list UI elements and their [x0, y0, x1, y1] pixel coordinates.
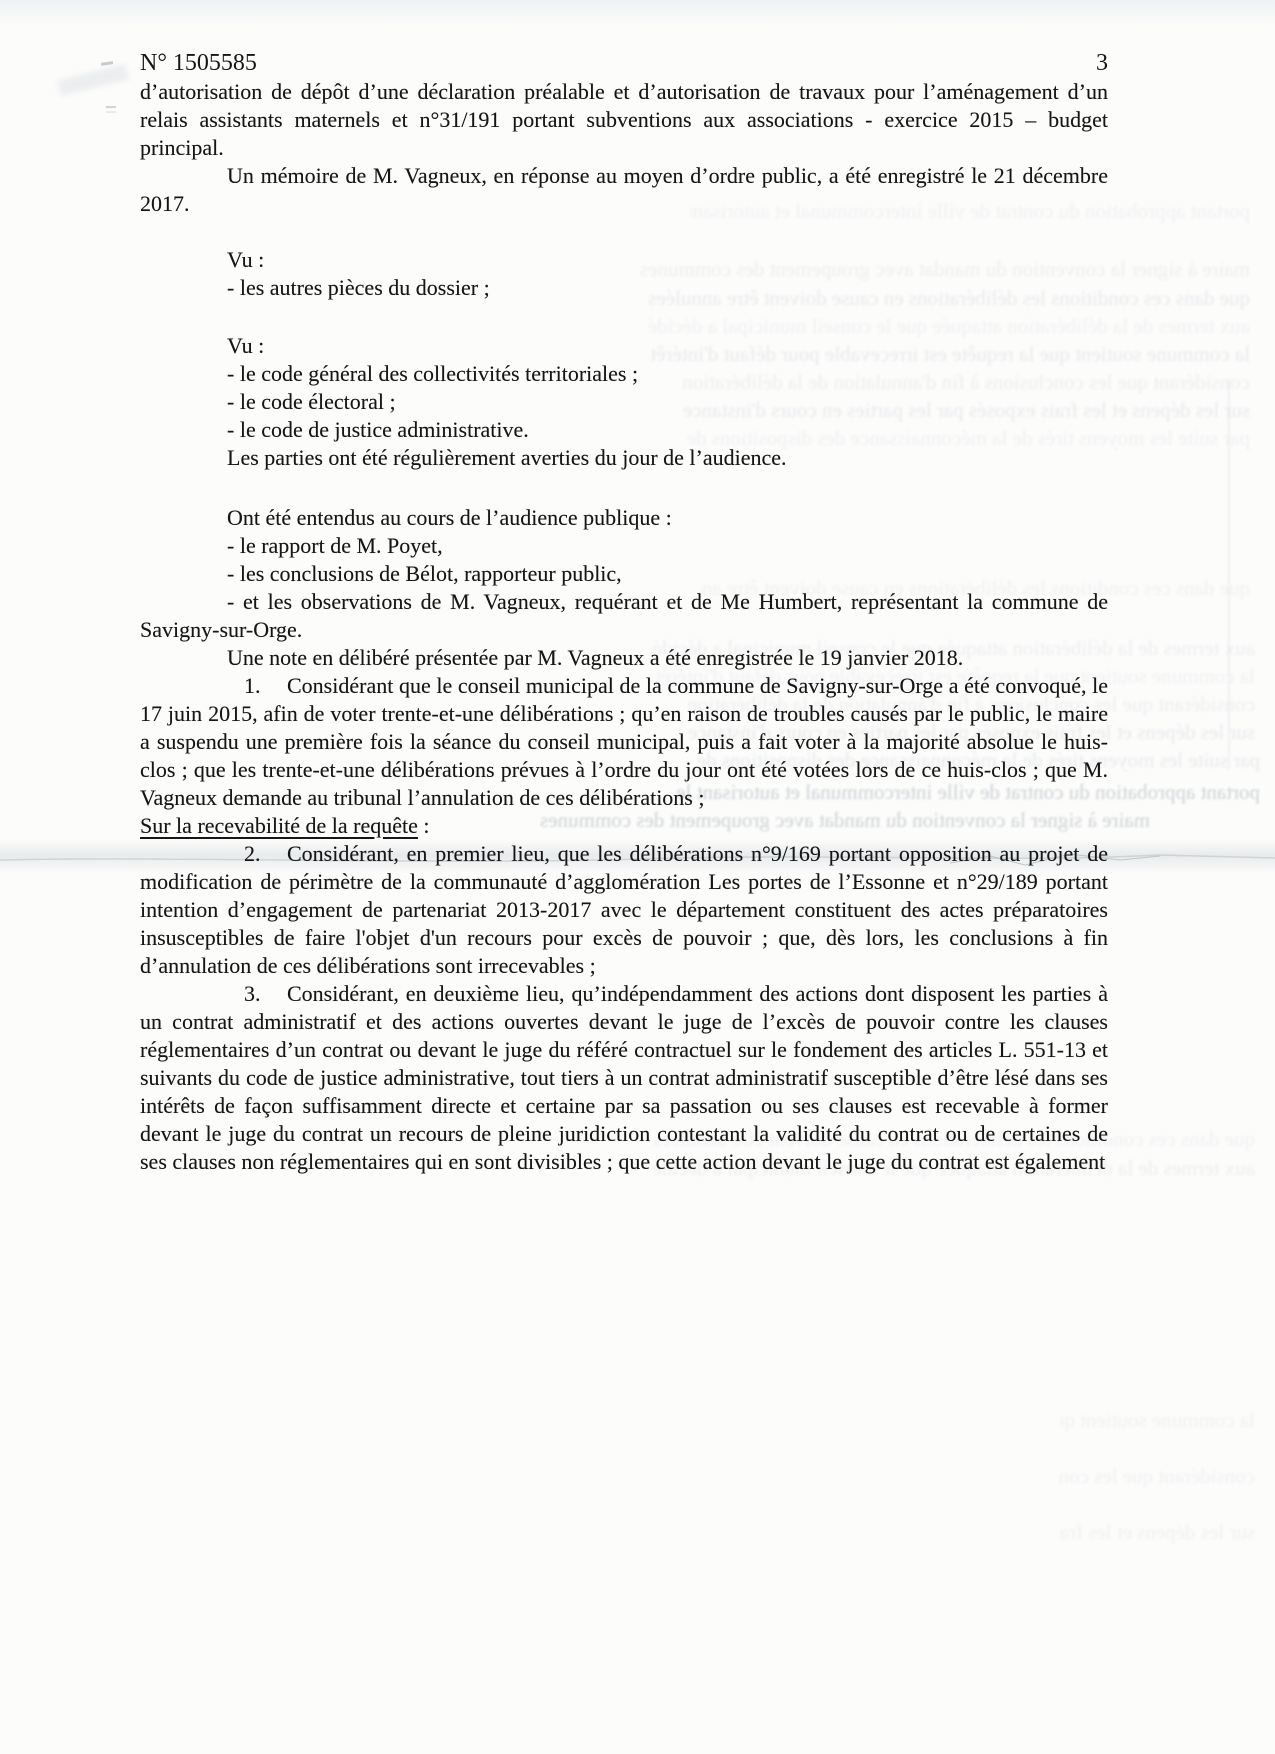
paragraph-parties-averties: Les parties ont été régulièrement averti… [140, 444, 1108, 472]
page-header: N° 1505585 3 [140, 48, 1108, 78]
case-number: N° 1505585 [140, 48, 257, 78]
vu-label: Vu : [140, 332, 1108, 360]
considerant-1: 1.Considérant que le conseil municipal d… [140, 672, 1108, 812]
audience-item: - et les observations de M. Vagneux, req… [140, 588, 1108, 644]
audience-intro: Ont été entendus au cours de l’audience … [140, 504, 1108, 532]
considerant-number: 3. [192, 980, 287, 1008]
considerant-2: 2.Considérant, en premier lieu, que les … [140, 840, 1108, 980]
considerant-number: 2. [192, 840, 287, 868]
paragraph-continuation: d’autorisation de dépôt d’une déclaratio… [140, 78, 1108, 162]
scan-edge-line [1228, 380, 1230, 770]
bleed-through-line: sur les dépens et les frais exposés par … [1060, 1519, 1255, 1545]
page-number: 3 [1096, 48, 1108, 78]
section-heading-text: Sur la recevabilité de la requête [140, 813, 418, 838]
considerant-number: 1. [192, 672, 287, 700]
paragraph-note-delibere: Une note en délibéré présentée par M. Va… [140, 644, 1108, 672]
vu-block-1: Vu : - les autres pièces du dossier ; [140, 246, 1108, 302]
vu-item: - le code électoral ; [140, 388, 1108, 416]
scanned-document-page: portant approbation du contrat de ville … [0, 0, 1275, 1754]
bleed-through-line: considérant que les conclusions à fin d'… [1060, 1463, 1255, 1489]
scan-mark [101, 61, 113, 66]
vu-item: - les autres pièces du dossier ; [140, 274, 1108, 302]
considerant-text: Considérant, en deuxième lieu, qu’indépe… [140, 981, 1108, 1174]
audience-item: - le rapport de M. Poyet, [140, 532, 1108, 560]
section-heading: Sur la recevabilité de la requête : [140, 812, 1108, 840]
vu-item: - le code de justice administrative. [140, 416, 1108, 444]
considerant-3: 3.Considérant, en deuxième lieu, qu’indé… [140, 980, 1108, 1176]
vu-block-2: Vu : - le code général des collectivités… [140, 332, 1108, 444]
bleed-through-line: la commune soutient que la requête est i… [1060, 1407, 1255, 1433]
vu-label: Vu : [140, 246, 1108, 274]
audience-block: Ont été entendus au cours de l’audience … [140, 504, 1108, 644]
scan-smudge [57, 64, 129, 96]
audience-item: - les conclusions de Bélot, rapporteur p… [140, 560, 1108, 588]
paragraph-memoire: Un mémoire de M. Vagneux, en réponse au … [140, 162, 1108, 218]
document-content: N° 1505585 3 d’autorisation de dépôt d’u… [140, 0, 1108, 1176]
vu-item: - le code général des collectivités terr… [140, 360, 1108, 388]
section-heading-colon: : [418, 813, 430, 838]
scan-mark [106, 106, 116, 108]
